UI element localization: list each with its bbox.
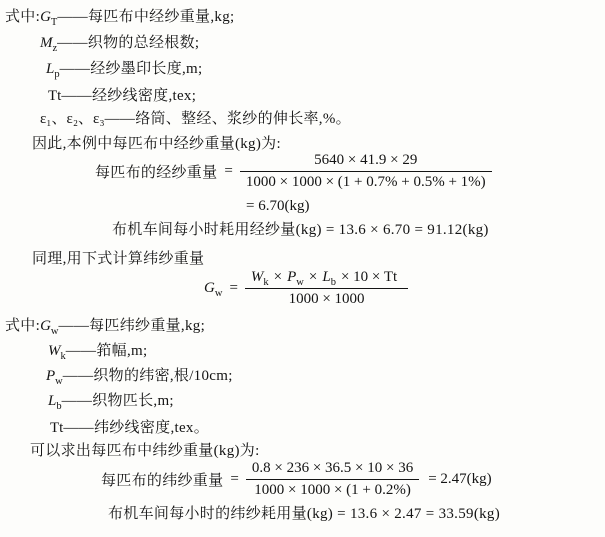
warp-therefore-statement: 因此,本例中每匹布中经纱重量(kg)为: bbox=[32, 135, 281, 154]
equals-sign: = bbox=[222, 280, 244, 297]
fraction-numerator: Wk×Pw×Lb× 10 × Tt bbox=[245, 269, 408, 288]
symbol-M-z: Mz bbox=[40, 34, 57, 53]
symbol-W-k: Wk bbox=[251, 269, 269, 286]
formula-where-prefix: 式中: bbox=[5, 9, 40, 25]
weft-equation-result: = 2.47(kg) bbox=[419, 471, 491, 488]
weft-definition-gw: 式中:Gw——每匹纬纱重量,kg; bbox=[5, 317, 205, 336]
equation-lhs: 每匹布的经纱重量 bbox=[95, 161, 217, 182]
fraction-denominator: 1000 × 1000 bbox=[245, 288, 408, 308]
times-operator: × bbox=[269, 269, 287, 285]
warp-definition-tt: Tt——经纱线密度,tex; bbox=[48, 87, 196, 106]
weft-definition-wk: Wk——筘幅,m; bbox=[48, 342, 147, 361]
weft-definition-lb: Lb——织物匹长,m; bbox=[48, 392, 174, 411]
definition-text: ——络筒、整经、浆纱的伸长率,%。 bbox=[105, 111, 351, 127]
weft-definition-tt: Tt——纬纱线密度,tex。 bbox=[50, 419, 209, 438]
equals-sign: = bbox=[217, 163, 239, 180]
weft-solve-statement: 可以求出每匹布中纬纱重量(kg)为: bbox=[30, 442, 260, 461]
warp-hourly-consumption: 布机车间每小时耗用经纱量(kg) = 13.6 × 6.70 = 91.12(k… bbox=[112, 221, 489, 240]
symbol-L-p: Lp bbox=[46, 60, 60, 79]
equation-lhs: 每匹布的纬纱重量 bbox=[101, 469, 223, 490]
warp-equation-result: = 6.70(kg) bbox=[246, 197, 309, 216]
fraction-denominator: 1000 × 1000 × (1 + 0.2%) bbox=[246, 479, 419, 499]
weft-definition-pw: Pw——织物的纬密,根/10cm; bbox=[46, 367, 233, 386]
warp-definition-mz: Mz——织物的总经根数; bbox=[40, 34, 199, 53]
definition-text: ——纬纱线密度,tex。 bbox=[63, 420, 209, 436]
fraction: 5640 × 41.9 × 29 1000 × 1000 × (1 + 0.7%… bbox=[240, 152, 492, 191]
document-page: 式中:GT——每匹布中经纱重量,kg; Mz——织物的总经根数; Lp——经纱墨… bbox=[0, 0, 605, 537]
definition-text: ——筘幅,m; bbox=[66, 343, 148, 359]
symbol-G-w: Gw bbox=[40, 317, 58, 336]
symbol-W-k: Wk bbox=[48, 342, 66, 361]
transition-statement: 同理,用下式计算纬纱重量 bbox=[32, 250, 204, 269]
symbol-L-b: Lb bbox=[322, 269, 336, 286]
formula-where-prefix: 式中: bbox=[5, 318, 40, 334]
fraction-numerator: 0.8 × 236 × 36.5 × 10 × 36 bbox=[246, 460, 419, 479]
weft-hourly-consumption: 布机车间每小时的纬纱耗用量(kg) = 13.6 × 2.47 = 33.59(… bbox=[108, 505, 500, 524]
symbol-epsilon-123: ε₁、ε₂、ε₃ bbox=[40, 110, 105, 129]
definition-text: ——织物匹长,m; bbox=[62, 393, 174, 409]
symbol-L-b: Lb bbox=[48, 392, 62, 411]
symbol-P-w: Pw bbox=[287, 269, 304, 286]
symbol-P-w: Pw bbox=[46, 367, 63, 386]
weft-weight-equation: 每匹布的纬纱重量 = 0.8 × 236 × 36.5 × 10 × 36 10… bbox=[101, 460, 492, 499]
fraction: 0.8 × 236 × 36.5 × 10 × 36 1000 × 1000 ×… bbox=[246, 460, 419, 499]
fraction: Wk×Pw×Lb× 10 × Tt 1000 × 1000 bbox=[245, 269, 408, 308]
definition-text: ——每匹纬纱重量,kg; bbox=[59, 318, 206, 334]
warp-definition-epsilon: ε₁、ε₂、ε₃——络筒、整经、浆纱的伸长率,%。 bbox=[40, 110, 351, 129]
definition-text: ——织物的纬密,根/10cm; bbox=[63, 368, 233, 384]
symbol-Tt: Tt bbox=[50, 419, 63, 438]
weft-weight-formula: Gw = Wk×Pw×Lb× 10 × Tt 1000 × 1000 bbox=[204, 269, 408, 308]
warp-definition-gt: 式中:GT——每匹布中经纱重量,kg; bbox=[5, 8, 234, 27]
definition-text: ——经纱线密度,tex; bbox=[61, 88, 196, 104]
times-operator: × bbox=[304, 269, 322, 285]
fraction-denominator: 1000 × 1000 × (1 + 0.7% + 0.5% + 1%) bbox=[240, 171, 492, 191]
warp-weight-equation: 每匹布的经纱重量 = 5640 × 41.9 × 29 1000 × 1000 … bbox=[95, 152, 492, 191]
symbol-G-T: GT bbox=[40, 8, 57, 27]
definition-text: ——经纱墨印长度,m; bbox=[60, 61, 203, 77]
symbol-G-w: Gw bbox=[204, 280, 222, 297]
definition-text: ——每匹布中经纱重量,kg; bbox=[57, 9, 234, 25]
times-10-Tt: × 10 × Tt bbox=[336, 269, 402, 285]
symbol-Tt: Tt bbox=[48, 87, 61, 106]
warp-definition-lp: Lp——经纱墨印长度,m; bbox=[46, 60, 202, 79]
fraction-numerator: 5640 × 41.9 × 29 bbox=[240, 152, 492, 171]
definition-text: ——织物的总经根数; bbox=[57, 35, 199, 51]
equals-sign: = bbox=[223, 471, 245, 488]
